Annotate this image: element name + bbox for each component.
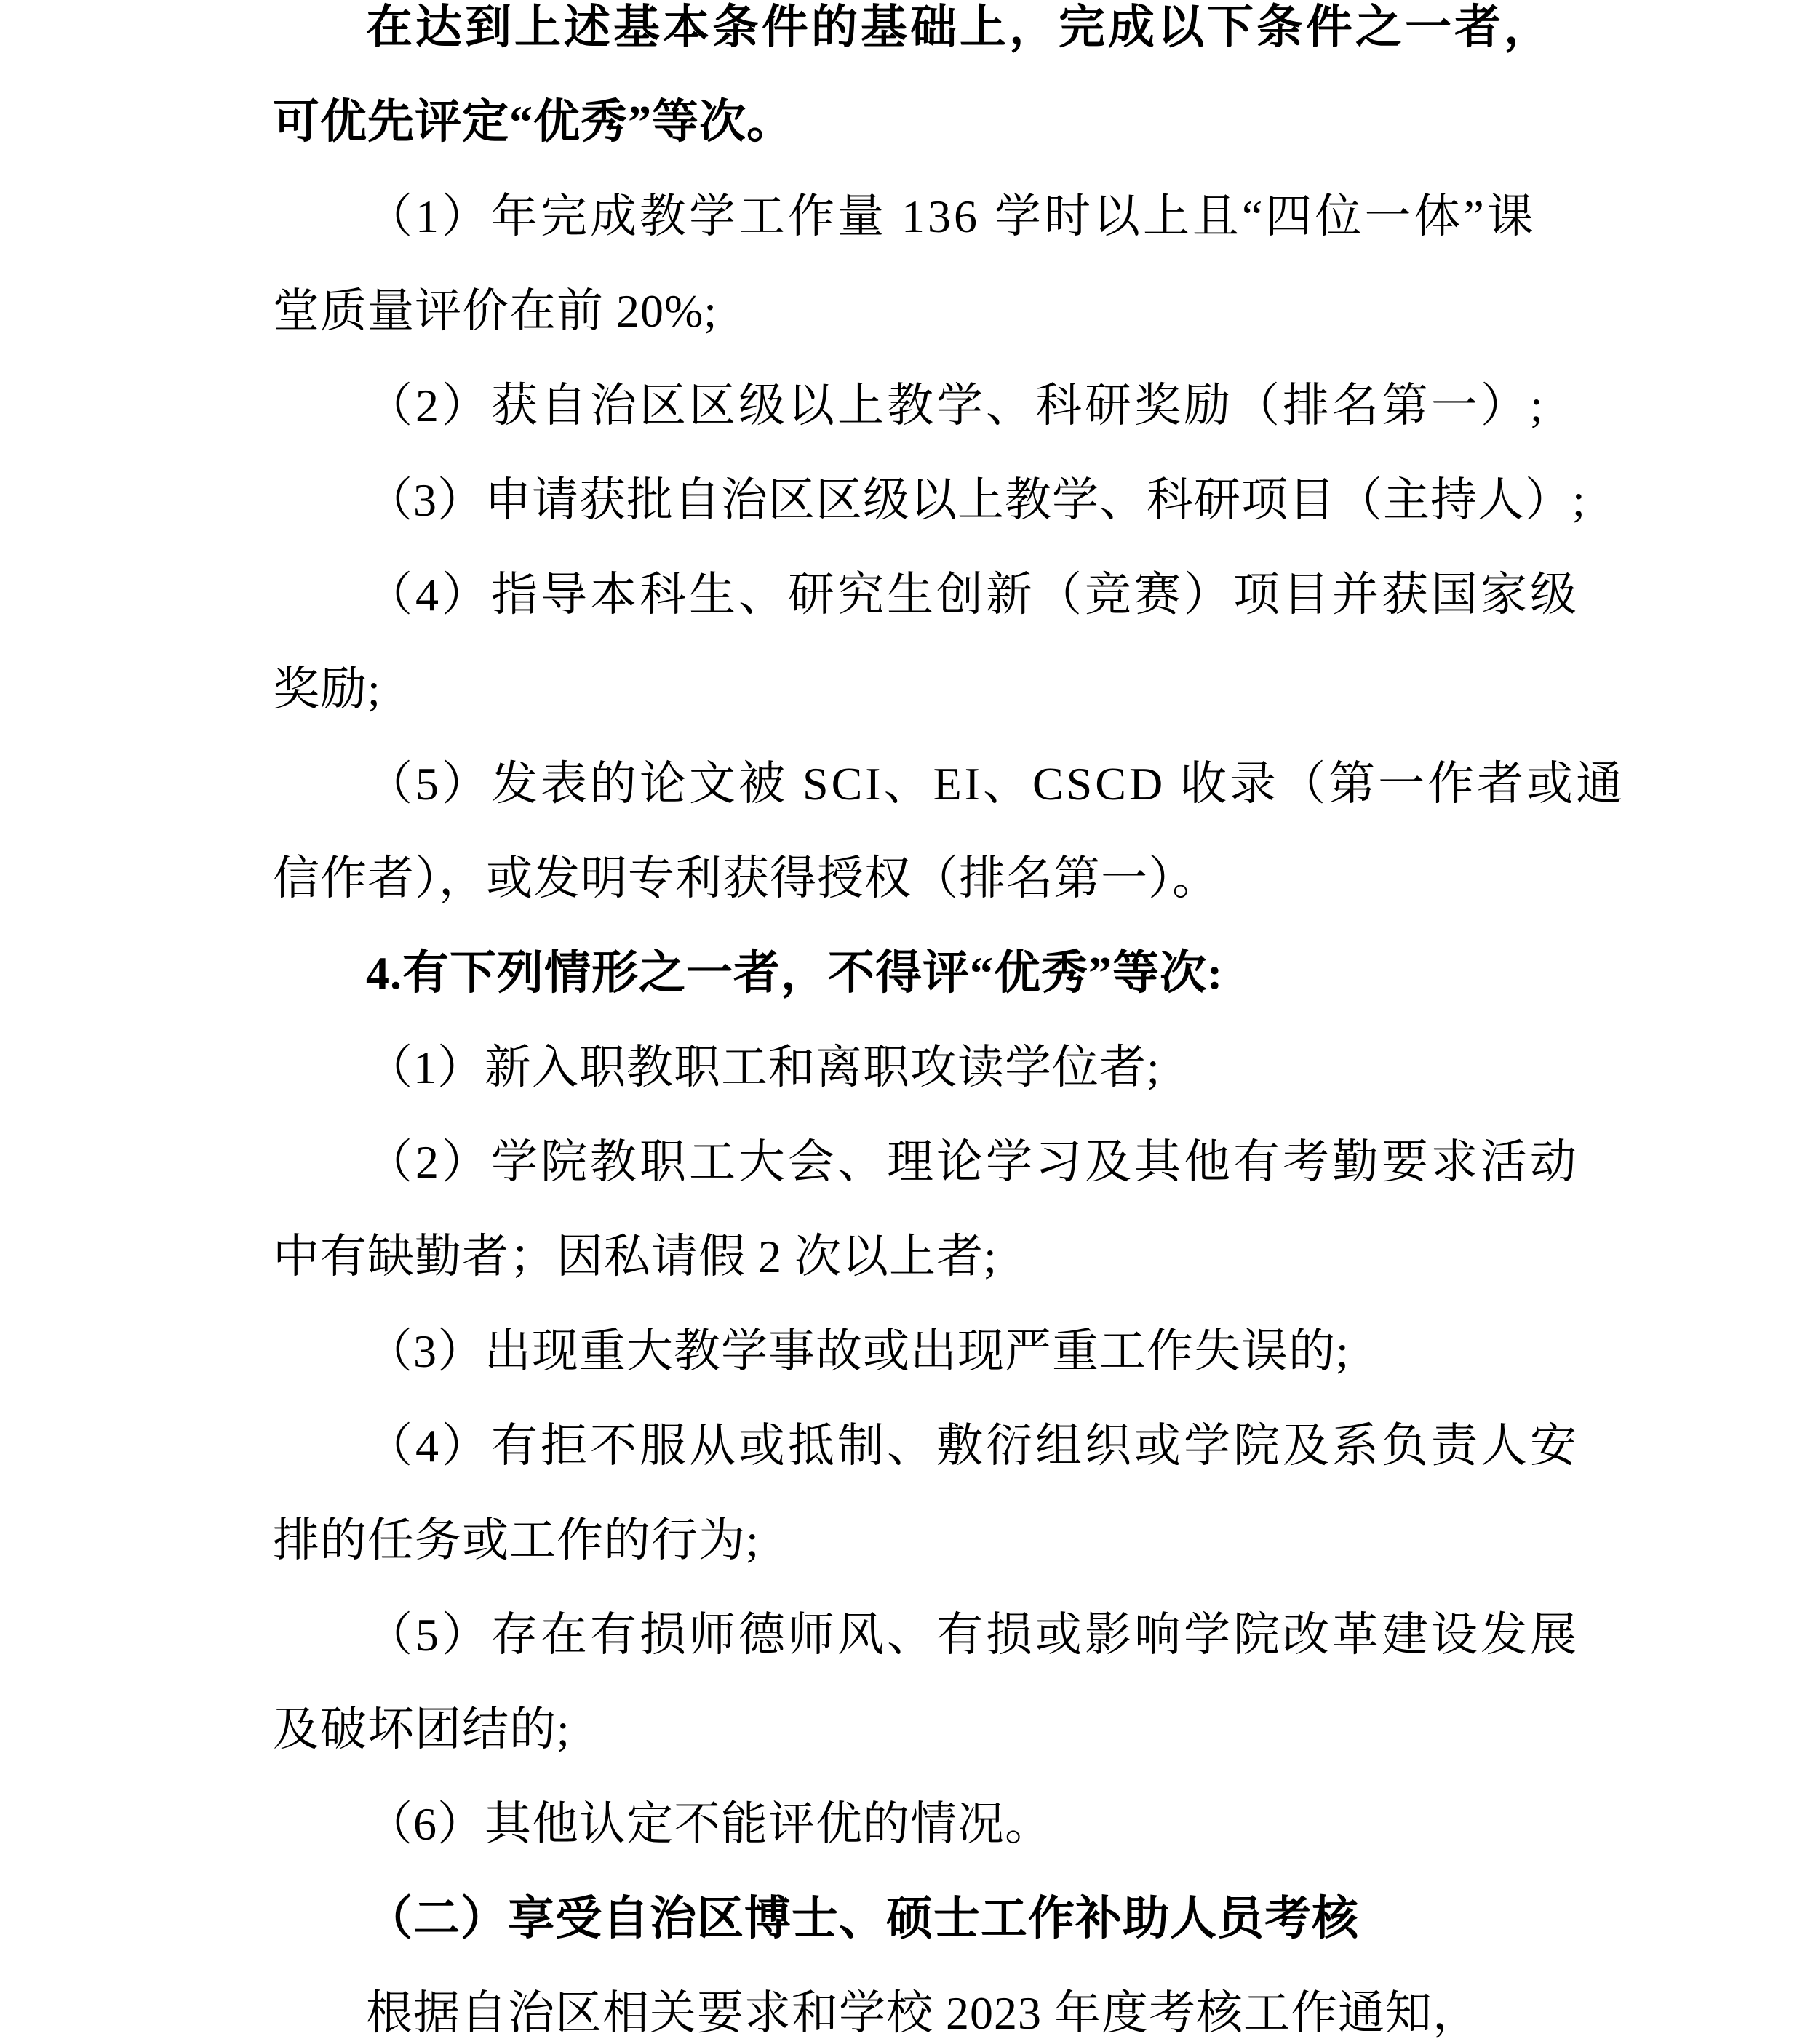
text-line: （6）其他认定不能评优的情况。 — [273, 1798, 1052, 1851]
text-line: （2）学院教职工大会、理论学习及其他有考勤要求活动 — [273, 1136, 1579, 1189]
text-line: （4）有拒不服从或抵制、敷衍组织或学院及系负责人安 — [273, 1420, 1579, 1472]
text-line: （1）新入职教职工和离职攻读学位者; — [273, 1042, 1160, 1094]
text-line: 及破坏团结的; — [273, 1704, 570, 1756]
text-line: 4.有下列情形之一者，不得评“优秀”等次: — [273, 947, 1223, 999]
text-line: 排的任务或工作的行为; — [273, 1514, 760, 1567]
text-line: （5）发表的论文被 SCI、EI、CSCD 收录（第一作者或通 — [273, 758, 1625, 810]
text-line: 中有缺勤者；因私请假 2 次以上者; — [273, 1231, 997, 1283]
text-line: 可优先评定“优秀”等次。 — [273, 96, 794, 148]
text-line: （2）获自治区区级以上教学、科研奖励（排名第一）; — [273, 380, 1546, 432]
text-line: 根据自治区相关要求和学校 2023 年度考核工作通知， — [273, 1987, 1480, 2040]
text-line: 奖励; — [273, 663, 381, 716]
text-line: （5）存在有损师德师风、有损或影响学院改革建设发展 — [273, 1609, 1579, 1661]
document-page: 在达到上述基本条件的基础上，完成以下条件之一者，可优先评定“优秀”等次。（1）年… — [0, 0, 1805, 2044]
text-line: （4）指导本科生、研究生创新（竞赛）项目并获国家级 — [273, 569, 1579, 621]
text-line: （3）申请获批自治区区级以上教学、科研项目（主持人）; — [273, 474, 1586, 527]
text-line: 信作者），或发明专利获得授权（排名第一）。 — [273, 853, 1219, 905]
text-line: 堂质量评价在前 20%; — [273, 285, 717, 338]
text-line: （3）出现重大教学事故或出现严重工作失误的; — [273, 1325, 1350, 1378]
text-line: （1）年完成教学工作量 136 学时以上且“四位一体”课 — [273, 191, 1537, 243]
text-line: （二）享受自治区博士、硕士工作补助人员考核 — [273, 1893, 1359, 1945]
document-body: 在达到上述基本条件的基础上，完成以下条件之一者，可优先评定“优秀”等次。（1）年… — [0, 0, 1805, 2044]
text-line: 在达到上述基本条件的基础上，完成以下条件之一者， — [273, 1, 1553, 54]
